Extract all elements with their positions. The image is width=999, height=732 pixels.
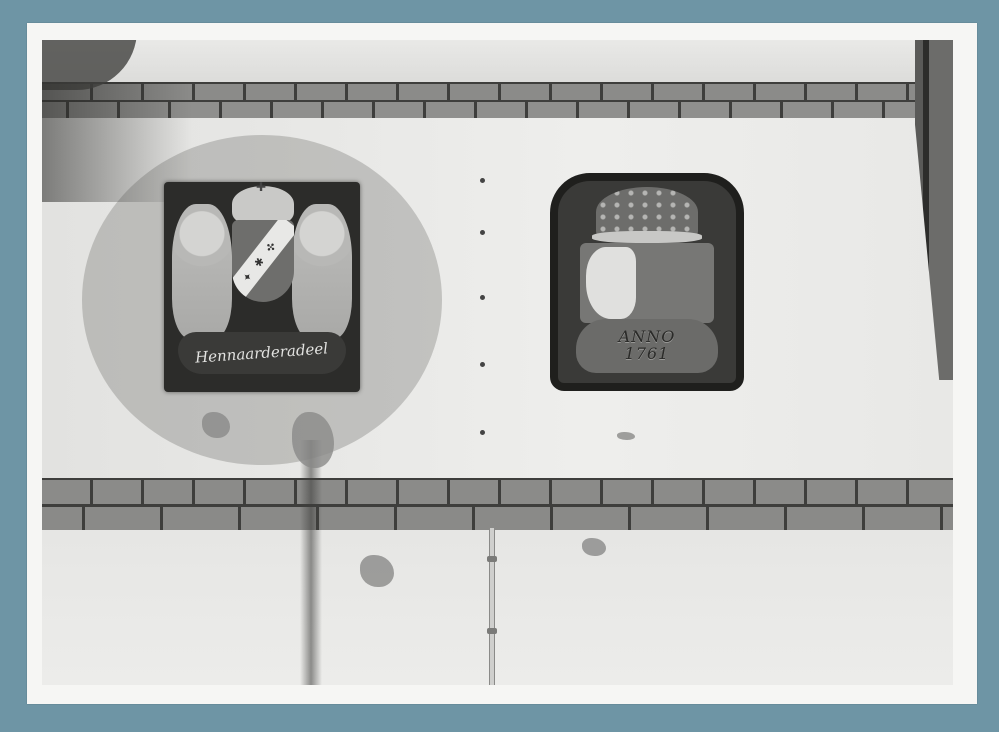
paint-peel [202,412,230,438]
shield-bend: ✣ ✱ ✦ [232,220,294,302]
pole-shadow [300,440,322,685]
lion-supporter-right [292,204,352,339]
star-icon: ✱ [251,254,266,270]
arms-inscription: Hennaarderadeel [195,339,329,366]
wall-nail [480,230,485,235]
crown-icon [232,186,294,222]
crown-band [592,231,702,243]
shield: ✣ ✱ ✦ [232,220,294,302]
crown-icon [596,187,698,237]
photograph: ✣ ✱ ✦ Hennaarderadeel ANNO 1761 [42,40,953,685]
star-icon: ✦ [240,269,255,285]
electrical-conduit [489,528,495,685]
damaged-field [580,243,714,323]
lion-supporter-left [172,204,232,339]
lower-brick-band [42,478,953,530]
date-cartouche: ANNO 1761 [576,319,718,373]
star-icon: ✣ [263,239,278,255]
anno-year: 1761 [625,346,670,363]
anno-plaque: ANNO 1761 [550,173,744,391]
motto-scroll: Hennaarderadeel [178,332,346,374]
broken-area [586,247,636,319]
lower-wall [42,530,953,685]
upper-wall [42,40,953,82]
wall-nail [480,430,485,435]
coat-of-arms-plaque: ✣ ✱ ✦ Hennaarderadeel [164,182,360,392]
wall-nail [480,362,485,367]
paint-peel [617,432,635,440]
wall-nail [480,295,485,300]
wall-nail [480,178,485,183]
paint-peel [582,538,606,556]
